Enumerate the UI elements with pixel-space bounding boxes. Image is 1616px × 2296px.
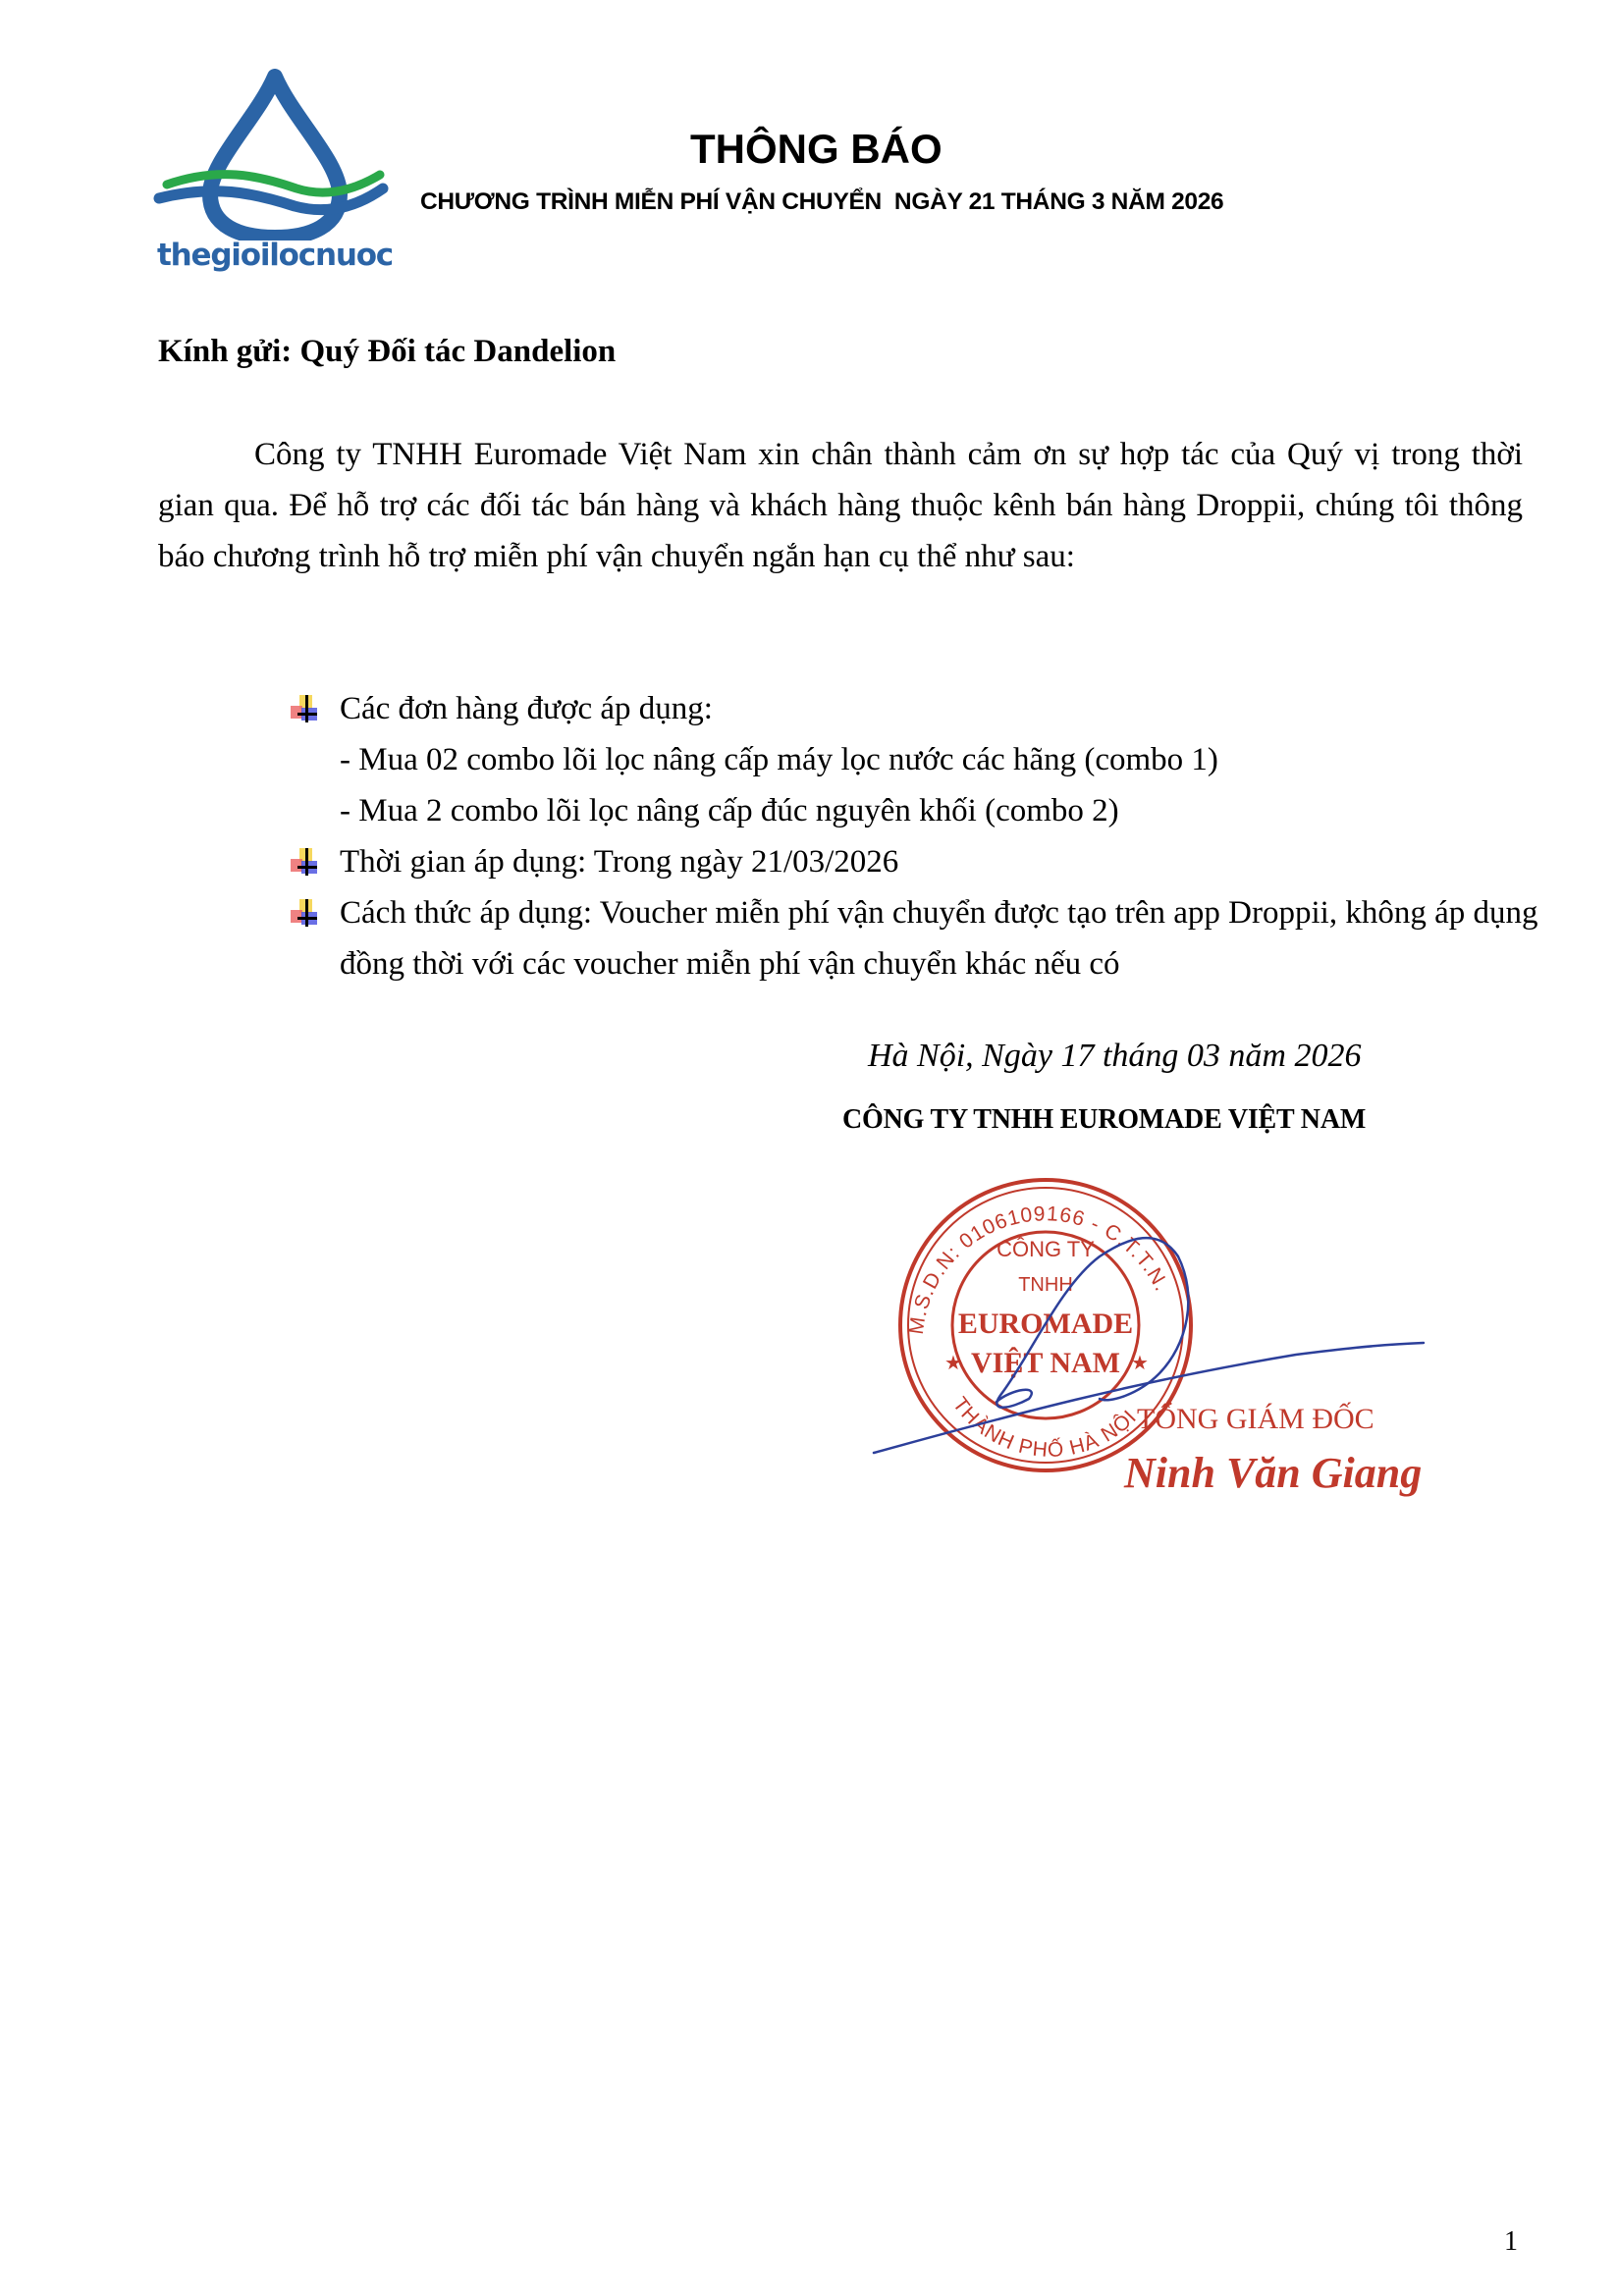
bullet-list: Các đơn hàng được áp dụng: - Mua 02 comb… [291, 683, 1547, 989]
colored-cross-bullet-icon [291, 848, 320, 878]
body-paragraph-text: Công ty TNHH Euromade Việt Nam xin chân … [158, 437, 1523, 574]
signer-name: Ninh Văn Giang [1123, 1449, 1422, 1497]
water-drop-icon [149, 69, 404, 240]
page-number: 1 [1504, 2226, 1518, 2258]
svg-text:★: ★ [1131, 1353, 1149, 1374]
company-name: CÔNG TY TNHH EUROMADE VIỆT NAM [842, 1104, 1366, 1136]
bullet-item: Thời gian áp dụng: Trong ngày 21/03/2026 [291, 836, 1547, 887]
stamp-and-signature: M.S.D.N: 0106109166 - C.T.T.N.H.H THÀNH … [864, 1158, 1532, 1541]
bullet-text: Cách thức áp dụng: Voucher miễn phí vận … [340, 895, 1537, 982]
svg-text:★: ★ [944, 1353, 962, 1374]
body-paragraph: Công ty TNHH Euromade Việt Nam xin chân … [158, 429, 1523, 582]
bullet-text: Các đơn hàng được áp dụng: [340, 691, 713, 726]
document-subtitle: CHƯƠNG TRÌNH MIỄN PHÍ VẬN CHUYỂN NGÀY 21… [420, 188, 1223, 216]
sub-item: - Mua 02 combo lõi lọc nâng cấp máy lọc … [291, 734, 1547, 785]
sub-item: - Mua 2 combo lõi lọc nâng cấp đúc nguyê… [291, 785, 1547, 836]
place-date: Hà Nội, Ngày 17 tháng 03 năm 2026 [868, 1038, 1361, 1075]
svg-text:VIỆT NAM: VIỆT NAM [971, 1347, 1120, 1379]
logo-brand-text: thegioilocnuoc [157, 238, 393, 273]
company-stamp-icon: M.S.D.N: 0106109166 - C.T.T.N.H.H THÀNH … [864, 1158, 1532, 1541]
greeting: Kính gửi: Quý Đối tác Dandelion [158, 334, 616, 370]
svg-text:CÔNG TY: CÔNG TY [997, 1237, 1095, 1261]
document-page: thegioilocnuoc THÔNG BÁO CHƯƠNG TRÌNH MI… [0, 0, 1616, 2296]
bullet-item: Cách thức áp dụng: Voucher miễn phí vận … [291, 887, 1547, 989]
document-title: THÔNG BÁO [690, 126, 943, 173]
colored-cross-bullet-icon [291, 695, 320, 724]
bullet-text: Thời gian áp dụng: Trong ngày 21/03/2026 [340, 844, 898, 880]
bullet-item: Các đơn hàng được áp dụng: [291, 683, 1547, 734]
colored-cross-bullet-icon [291, 899, 320, 929]
company-logo: thegioilocnuoc [149, 69, 404, 285]
position-title: TỔNG GIÁM ĐỐC [1137, 1402, 1374, 1435]
